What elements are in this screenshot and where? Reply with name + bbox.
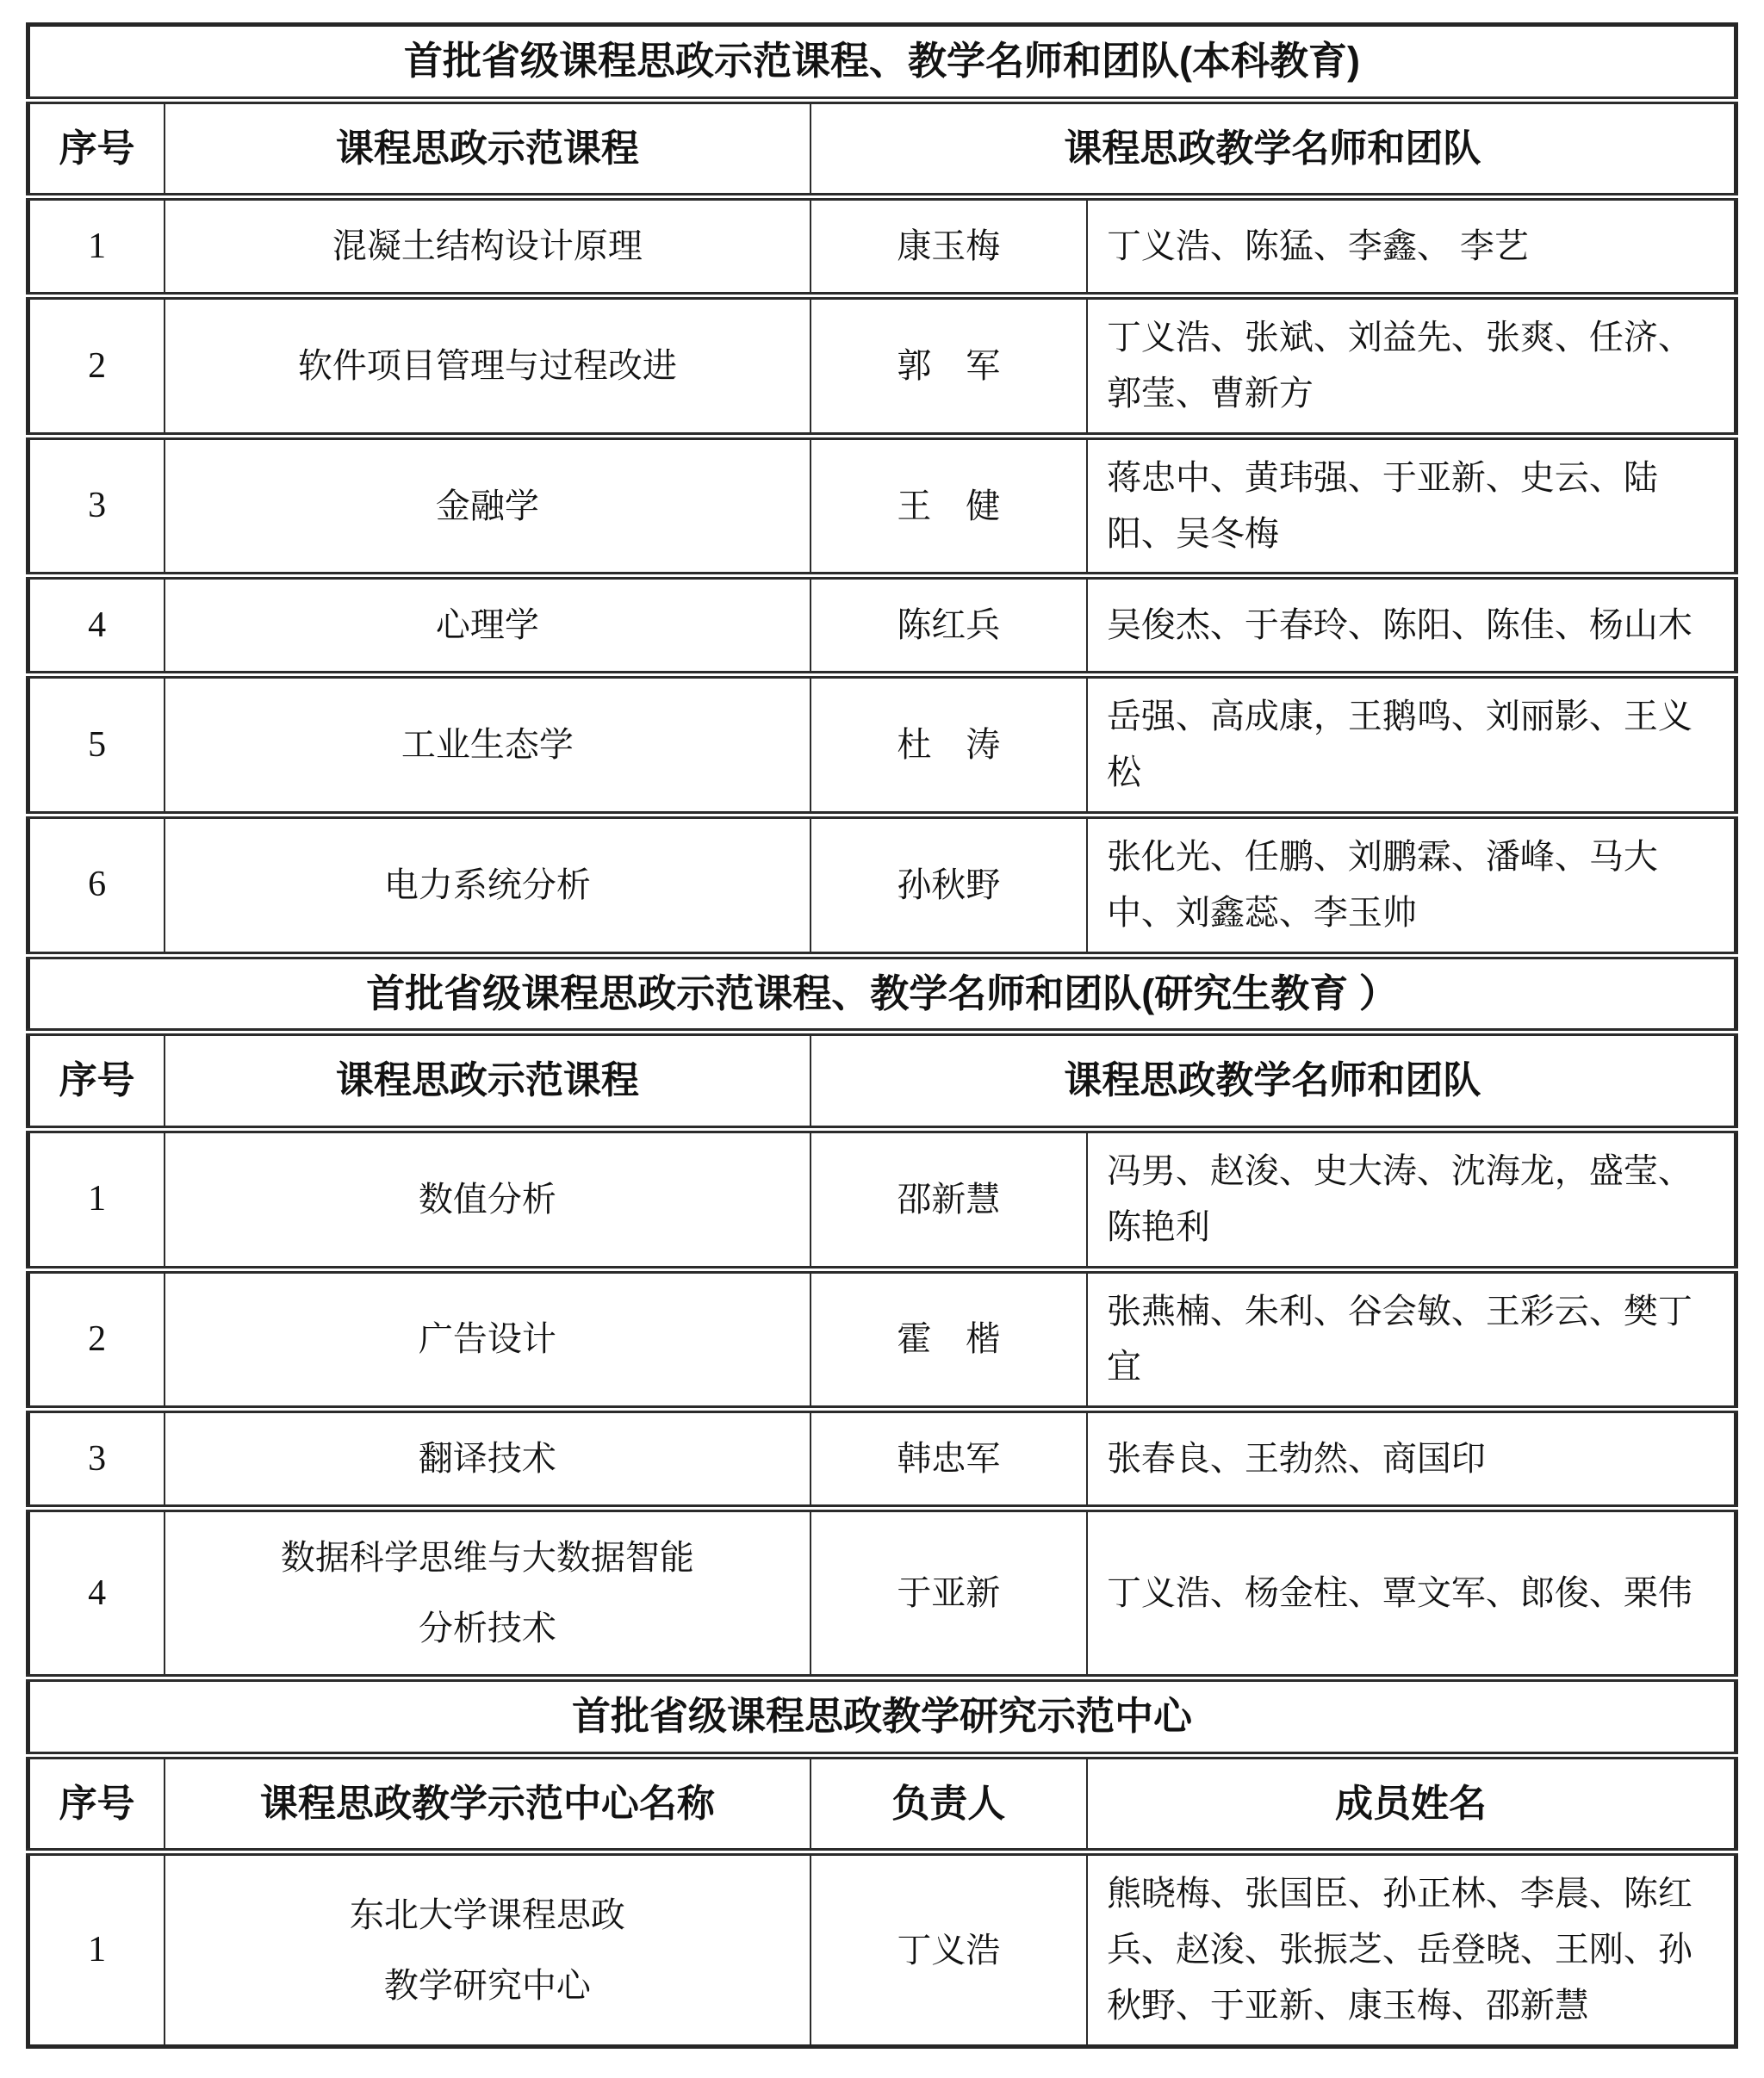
- course-name: 翻译技术: [165, 1410, 811, 1509]
- row-number: 5: [28, 675, 165, 816]
- row-number: 3: [28, 1410, 165, 1509]
- course-name: 混凝土结构设计原理: [165, 197, 811, 296]
- section-title: 首批省级课程思政示范课程、教学名师和团队(本科教育): [28, 25, 1736, 101]
- table-row: 2 广告设计 霍 楷 张燕楠、朱利、谷会敏、王彩云、樊丁宜: [28, 1269, 1736, 1410]
- team-members: 冯男、赵浚、史大涛、沈海龙，盛莹、陈艳利: [1087, 1129, 1736, 1269]
- column-header-director: 负责人: [811, 1755, 1087, 1852]
- center-name: 东北大学课程思政 教学研究中心: [165, 1852, 811, 2046]
- leader-name: 于亚新: [811, 1509, 1087, 1678]
- column-header-team: 课程思政教学名师和团队: [811, 1033, 1736, 1130]
- table-row: 3 金融学 王 健 蒋忠中、黄玮强、于亚新、史云、陆阳、吴冬梅: [28, 436, 1736, 576]
- course-name: 工业生态学: [165, 675, 811, 816]
- team-members: 张燕楠、朱利、谷会敏、王彩云、樊丁宜: [1087, 1269, 1736, 1410]
- section-title-row: 首批省级课程思政教学研究示范中心: [28, 1678, 1736, 1756]
- section-title-row: 首批省级课程思政示范课程、教学名师和团队(本科教育): [28, 25, 1736, 101]
- team-members: 张春良、王勃然、商国印: [1087, 1410, 1736, 1509]
- column-header-no: 序号: [28, 100, 165, 197]
- table-row: 4 心理学 陈红兵 吴俊杰、于春玲、陈阳、陈佳、杨山木: [28, 576, 1736, 675]
- leader-name: 孙秋野: [811, 816, 1087, 956]
- course-name: 数值分析: [165, 1129, 811, 1269]
- team-members: 丁义浩、张斌、刘益先、张爽、任济、郭莹、曹新方: [1087, 296, 1736, 437]
- row-number: 4: [28, 576, 165, 675]
- row-number: 1: [28, 1129, 165, 1269]
- director-name: 丁义浩: [811, 1852, 1087, 2046]
- team-members: 蒋忠中、黄玮强、于亚新、史云、陆阳、吴冬梅: [1087, 436, 1736, 576]
- row-number: 6: [28, 816, 165, 956]
- column-header-members: 成员姓名: [1087, 1755, 1736, 1852]
- section-title: 首批省级课程思政示范课程、教学名师和团队(研究生教育 ）: [28, 955, 1736, 1033]
- table-row: 3 翻译技术 韩忠军 张春良、王勃然、商国印: [28, 1410, 1736, 1509]
- table-row: 1 东北大学课程思政 教学研究中心 丁义浩 熊晓梅、张国臣、孙正林、李晨、陈红兵…: [28, 1852, 1736, 2046]
- row-number: 4: [28, 1509, 165, 1678]
- column-header-team: 课程思政教学名师和团队: [811, 100, 1736, 197]
- column-header-course: 课程思政示范课程: [165, 1033, 811, 1130]
- leader-name: 杜 涛: [811, 675, 1087, 816]
- column-header-course: 课程思政示范课程: [165, 100, 811, 197]
- leader-name: 王 健: [811, 436, 1087, 576]
- table-row: 1 数值分析 邵新慧 冯男、赵浚、史大涛、沈海龙，盛莹、陈艳利: [28, 1129, 1736, 1269]
- table-header-row: 序号 课程思政示范课程 课程思政教学名师和团队: [28, 1033, 1736, 1130]
- row-number: 2: [28, 296, 165, 437]
- table-row: 1 混凝土结构设计原理 康玉梅 丁义浩、陈猛、李鑫、 李艺: [28, 197, 1736, 296]
- course-name: 金融学: [165, 436, 811, 576]
- section-title-row: 首批省级课程思政示范课程、教学名师和团队(研究生教育 ）: [28, 955, 1736, 1033]
- course-name: 广告设计: [165, 1269, 811, 1410]
- table-row: 2 软件项目管理与过程改进 郭 军 丁义浩、张斌、刘益先、张爽、任济、郭莹、曹新…: [28, 296, 1736, 437]
- course-name: 电力系统分析: [165, 816, 811, 956]
- course-name: 心理学: [165, 576, 811, 675]
- course-awards-table: 首批省级课程思政示范课程、教学名师和团队(本科教育) 序号 课程思政示范课程 课…: [26, 22, 1738, 2049]
- team-members: 岳强、高成康，王鹅鸣、刘丽影、王义松: [1087, 675, 1736, 816]
- leader-name: 邵新慧: [811, 1129, 1087, 1269]
- row-number: 1: [28, 197, 165, 296]
- leader-name: 康玉梅: [811, 197, 1087, 296]
- table-header-row: 序号 课程思政示范课程 课程思政教学名师和团队: [28, 100, 1736, 197]
- column-header-no: 序号: [28, 1033, 165, 1130]
- team-members: 丁义浩、陈猛、李鑫、 李艺: [1087, 197, 1736, 296]
- column-header-no: 序号: [28, 1755, 165, 1852]
- course-name: 数据科学思维与大数据智能 分析技术: [165, 1509, 811, 1678]
- table-row: 5 工业生态学 杜 涛 岳强、高成康，王鹅鸣、刘丽影、王义松: [28, 675, 1736, 816]
- leader-name: 郭 军: [811, 296, 1087, 437]
- team-members: 张化光、任鹏、刘鹏霖、潘峰、马大中、刘鑫蕊、李玉帅: [1087, 816, 1736, 956]
- row-number: 3: [28, 436, 165, 576]
- course-name: 软件项目管理与过程改进: [165, 296, 811, 437]
- table-row: 4 数据科学思维与大数据智能 分析技术 于亚新 丁义浩、杨金柱、覃文军、郎俊、栗…: [28, 1509, 1736, 1678]
- row-number: 1: [28, 1852, 165, 2046]
- table-header-row: 序号 课程思政教学示范中心名称 负责人 成员姓名: [28, 1755, 1736, 1852]
- team-members: 吴俊杰、于春玲、陈阳、陈佳、杨山木: [1087, 576, 1736, 675]
- table-row: 6 电力系统分析 孙秋野 张化光、任鹏、刘鹏霖、潘峰、马大中、刘鑫蕊、李玉帅: [28, 816, 1736, 956]
- section-title: 首批省级课程思政教学研究示范中心: [28, 1678, 1736, 1756]
- leader-name: 韩忠军: [811, 1410, 1087, 1509]
- leader-name: 陈红兵: [811, 576, 1087, 675]
- leader-name: 霍 楷: [811, 1269, 1087, 1410]
- member-names: 熊晓梅、张国臣、孙正林、李晨、陈红兵、赵浚、张振芝、岳登晓、王刚、孙秋野、于亚新…: [1087, 1852, 1736, 2046]
- column-header-center: 课程思政教学示范中心名称: [165, 1755, 811, 1852]
- document-page: { "page": { "background": "#ffffff", "bo…: [0, 0, 1764, 2078]
- row-number: 2: [28, 1269, 165, 1410]
- team-members: 丁义浩、杨金柱、覃文军、郎俊、栗伟: [1087, 1509, 1736, 1678]
